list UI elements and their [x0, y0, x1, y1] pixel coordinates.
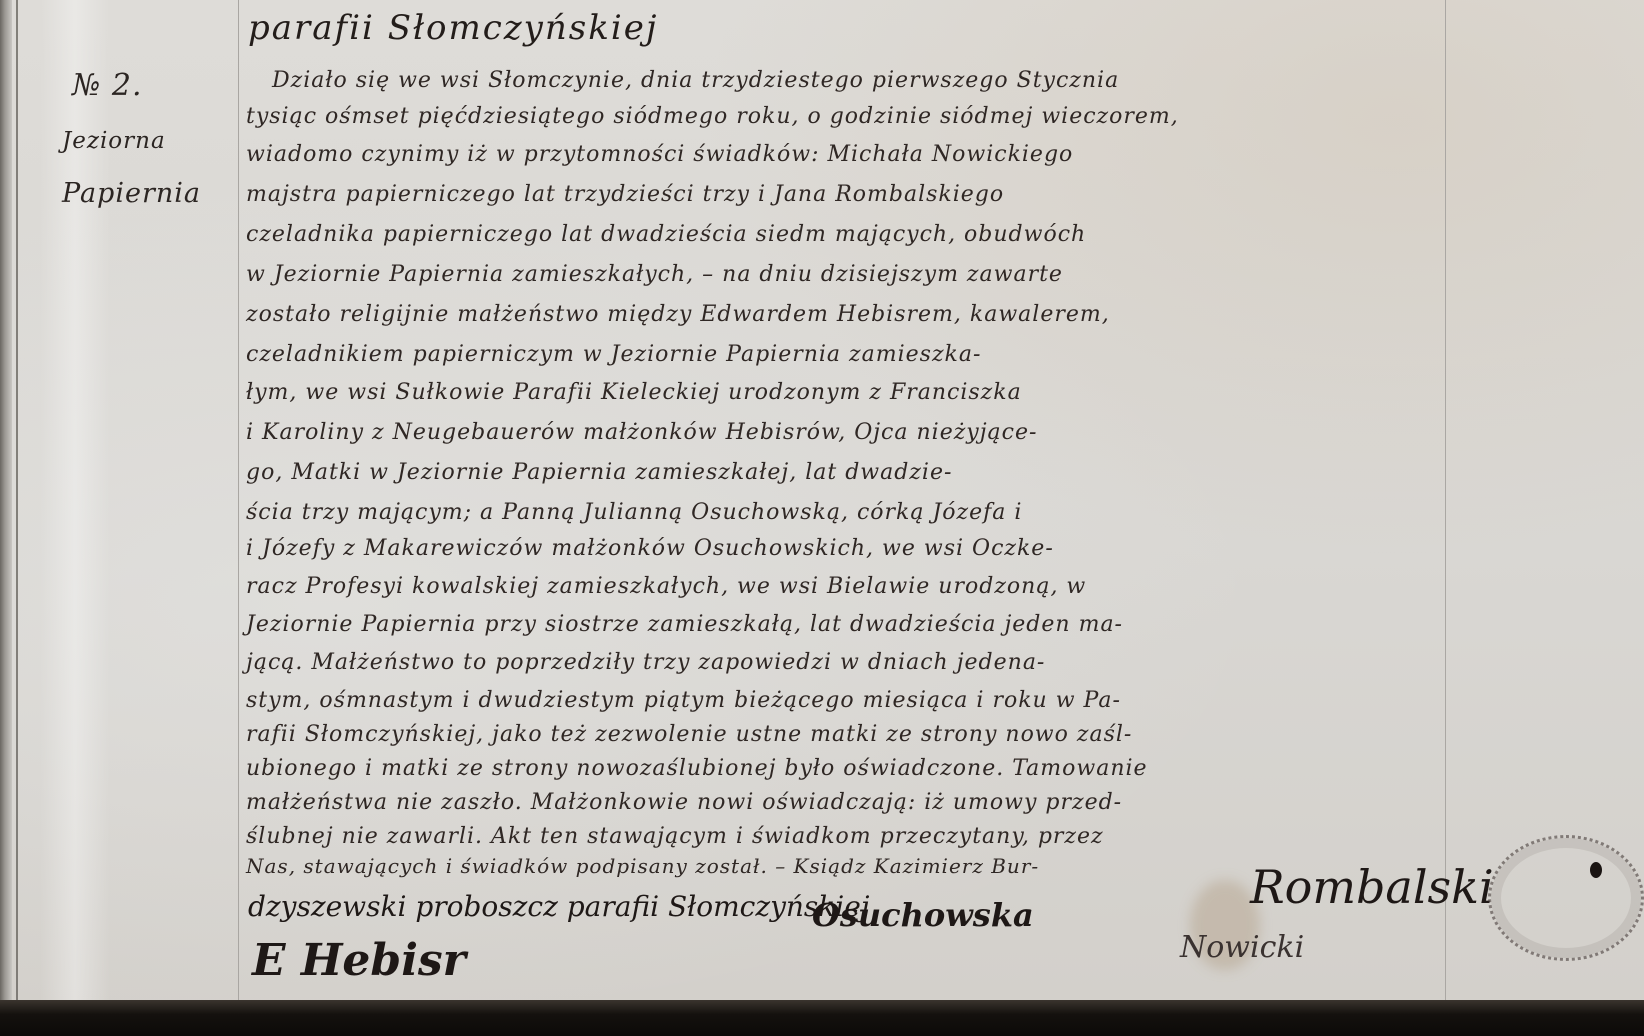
body-line: tysiąc ośmset pięćdziesiątego siódmego r…: [246, 104, 1179, 129]
bride-signature: Osuchowska: [812, 896, 1034, 934]
margin-rule-left: [238, 0, 239, 1000]
document-heading: parafii Słomczyńskiej: [248, 8, 658, 48]
body-line: ślubnej nie zawarli. Akt ten stawającym …: [246, 824, 1104, 849]
body-line: racz Profesyi kowalskiej zamieszkałych, …: [246, 574, 1086, 599]
witness-1-signature: Rombalski: [1250, 860, 1494, 914]
ink-blot: [1590, 862, 1602, 878]
body-line: w Jeziornie Papiernia zamieszkałych, – n…: [246, 262, 1063, 287]
body-line: i Karoliny z Neugebauerów małżonków Hebi…: [246, 420, 1037, 445]
witness-2-signature: Nowicki: [1180, 930, 1304, 965]
body-line: Działo się we wsi Słomczynie, dnia trzyd…: [272, 68, 1119, 93]
body-line: zostało religijnie małżeństwo między Edw…: [246, 302, 1110, 327]
margin-place-line-1: Jeziorna: [62, 128, 166, 154]
parish-seal-icon: [1488, 835, 1644, 961]
body-line: rafii Słomczyńskiej, jako też zezwolenie…: [246, 722, 1132, 747]
body-line: majstra papierniczego lat trzydzieści tr…: [246, 182, 1004, 207]
document-page: parafii Słomczyńskiej № 2. Jeziorna Papi…: [0, 0, 1644, 1000]
body-line: małżeństwa nie zaszło. Małżonkowie nowi …: [246, 790, 1122, 815]
body-line: stym, ośmnastym i dwudziestym piątym bie…: [246, 688, 1121, 713]
body-line: wiadomo czynimy iż w przytomności świadk…: [246, 142, 1073, 167]
body-line: ścia trzy mającym; a Panną Julianną Osuc…: [246, 500, 1022, 525]
body-line: Nas, stawających i świadków podpisany zo…: [246, 854, 1039, 878]
body-line: jącą. Małżeństwo to poprzedziły trzy zap…: [246, 650, 1045, 675]
body-line: i Józefy z Makarewiczów małżonków Osucho…: [246, 536, 1054, 561]
body-line: go, Matki w Jeziornie Papiernia zamieszk…: [246, 460, 952, 485]
record-number: № 2.: [72, 68, 143, 103]
body-line: Jeziornie Papiernia przy siostrze zamies…: [246, 612, 1123, 637]
body-line: ubionego i matki ze strony nowozaślubion…: [246, 756, 1148, 781]
body-line: czeladnika papierniczego lat dwadzieścia…: [246, 222, 1086, 247]
body-line: łym, we wsi Sułkowie Parafii Kieleckiej …: [246, 380, 1022, 405]
priest-closing-line: dzyszewski proboszcz parafii Słomczyński…: [248, 890, 869, 923]
margin-rule-right: [1445, 0, 1446, 1000]
scan-bottom-edge: [0, 1000, 1644, 1036]
margin-place-line-2: Papiernia: [62, 178, 201, 209]
groom-signature: E Hebisr: [252, 935, 466, 986]
binding-edge: [0, 0, 12, 1000]
body-line: czeladnikiem papierniczym w Jeziornie Pa…: [246, 342, 981, 367]
binding-line: [16, 0, 18, 1000]
